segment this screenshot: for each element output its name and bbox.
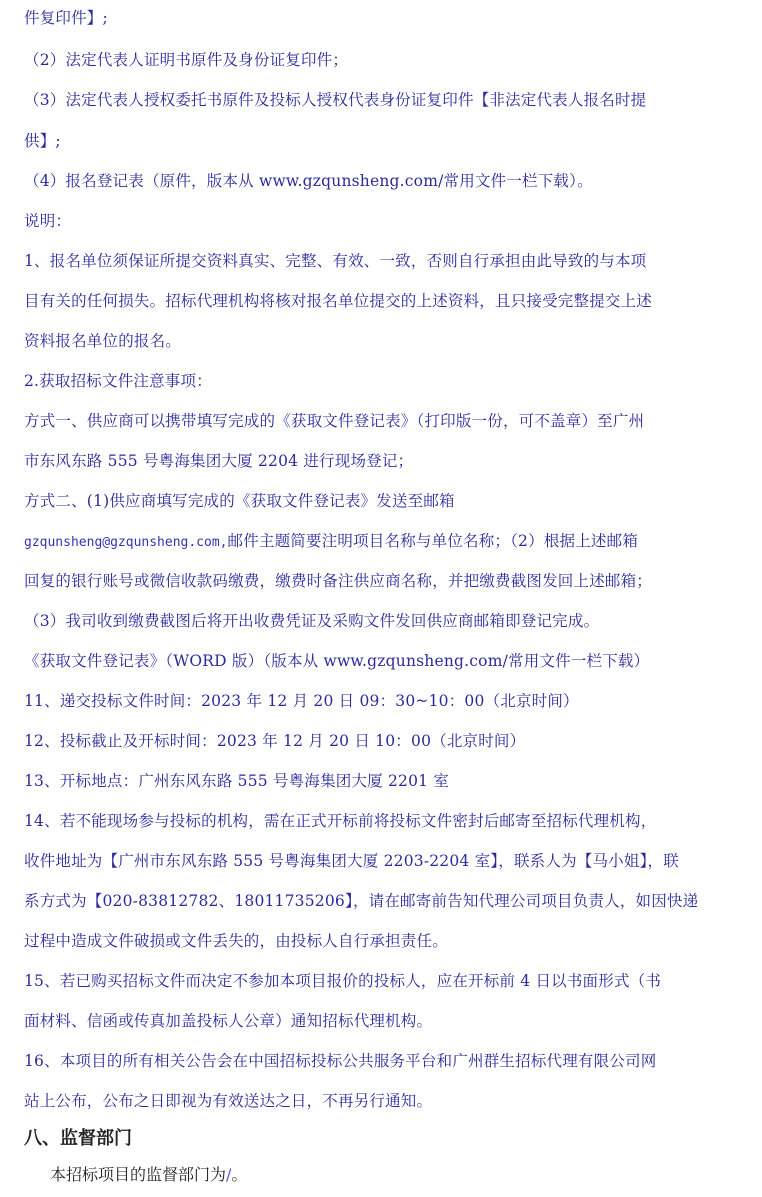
text-line: 过程中造成文件破损或文件丢失的，由投标人自行承担责任。	[24, 930, 742, 952]
email-address: gzqunsheng@gzqunsheng.com,	[24, 535, 228, 550]
text-line: 12、投标截止及开标时间：2023 年 12 月 20 日 10：00（北京时间…	[24, 730, 742, 752]
text-line: 14、若不能现场参与投标的机构，需在正式开标前将投标文件密封后邮寄至招标代理机构…	[24, 810, 742, 832]
subsection-title: 2.获取招标文件注意事项：	[24, 370, 742, 392]
notes-label: 说明：	[24, 210, 742, 232]
text-line: 面材料、信函或传真加盖投标人公章）通知招标代理机构。	[24, 1010, 742, 1032]
text-line: 13、开标地点：广州东风东路 555 号粤海集团大厦 2201 室	[24, 770, 742, 792]
text-line: 11、递交投标文件时间：2023 年 12 月 20 日 09：30~10：00…	[24, 690, 742, 712]
section-body-prefix: 本招标项目的监督部门为	[50, 1165, 226, 1184]
text-line: 方式二、(1)供应商填写完成的《获取文件登记表》发送至邮箱	[24, 490, 742, 512]
text-line: 收件地址为【广州市东风东路 555 号粤海集团大厦 2203-2204 室】，联…	[24, 850, 742, 872]
text-line: 1、报名单位须保证所提交资料真实、完整、有效、一致，否则自行承担由此导致的与本项	[24, 250, 742, 272]
text-line: 回复的银行账号或微信收款码缴费，缴费时备注供应商名称，并把缴费截图发回上述邮箱；	[24, 570, 742, 592]
email-line: gzqunsheng@gzqunsheng.com,邮件主题简要注明项目名称与单…	[24, 530, 742, 552]
text-line: 件复印件】;	[24, 7, 742, 29]
text-line: 资料报名单位的报名。	[24, 330, 742, 352]
section-body: 本招标项目的监督部门为/。	[50, 1164, 247, 1186]
text-line: 目有关的任何损失。招标代理机构将核对报名单位提交的上述资料，且只接受完整提交上述	[24, 290, 742, 312]
text-line: 系方式为【020-83812782、18011735206】，请在邮寄前告知代理…	[24, 890, 742, 912]
email-line-rest: 邮件主题简要注明项目名称与单位名称；（2）根据上述邮箱	[228, 532, 639, 550]
text-line: 方式一、供应商可以携带填写完成的《获取文件登记表》（打印版一份，可不盖章）至广州	[24, 410, 742, 432]
section-body-suffix: 。	[231, 1165, 247, 1184]
text-line: 16、本项目的所有相关公告会在中国招标投标公共服务平台和广州群生招标代理有限公司…	[24, 1050, 742, 1072]
text-line: （4）报名登记表（原件，版本从 www.gzqunsheng.com/常用文件一…	[24, 170, 742, 192]
text-line: 15、若已购买招标文件而决定不参加本项目报价的投标人，应在开标前 4 日以书面形…	[24, 970, 742, 992]
text-line: （2）法定代表人证明书原件及身份证复印件；	[24, 49, 742, 71]
text-line: （3）法定代表人授权委托书原件及投标人授权代表身份证复印件【非法定代表人报名时提	[24, 89, 742, 111]
text-line: 供】;	[24, 130, 742, 152]
section-heading: 八、监督部门	[24, 1127, 132, 1151]
text-line: （3）我司收到缴费截图后将开出收费凭证及采购文件发回供应商邮箱即登记完成。	[24, 610, 742, 632]
text-line: 站上公布，公布之日即视为有效送达之日，不再另行通知。	[24, 1090, 742, 1112]
text-line: 《获取文件登记表》（WORD 版）（版本从 www.gzqunsheng.com…	[24, 650, 742, 672]
text-line: 市东风东路 555 号粤海集团大厦 2204 进行现场登记；	[24, 450, 742, 472]
